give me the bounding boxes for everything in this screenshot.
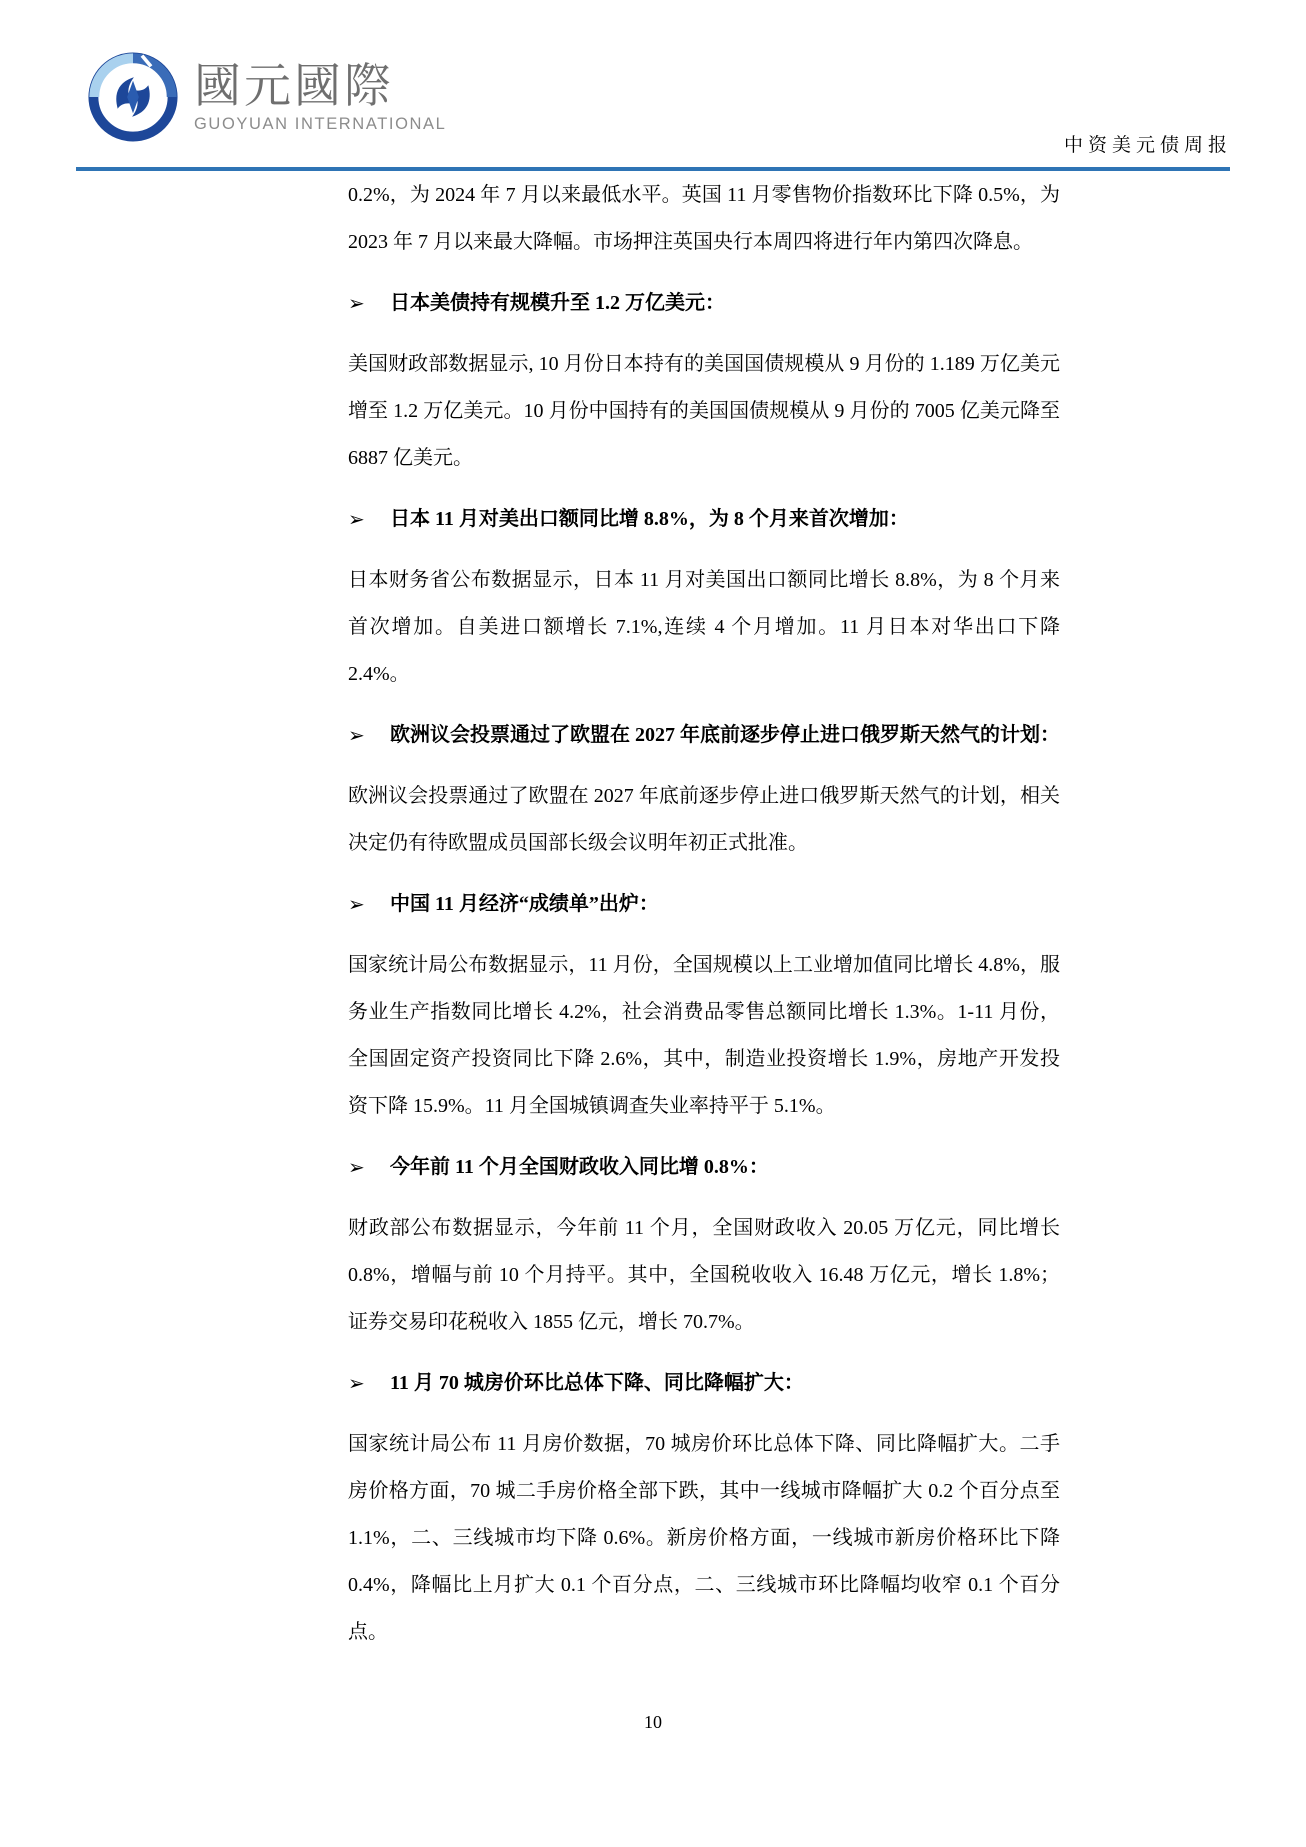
bullet-heading-text: 中国 11 月经济“成绩单”出炉： xyxy=(390,881,1060,928)
bullet-heading-text: 11 月 70 城房价环比总体下降、同比降幅扩大： xyxy=(390,1360,1060,1407)
report-title: 中资美元债周报 xyxy=(1064,130,1232,157)
brand-text: 國元國際 GUOYUAN INTERNATIONAL xyxy=(194,52,446,134)
bullet-arrow-icon: ➢ xyxy=(348,280,390,327)
body-paragraph: 国家统计局公布 11 月房价数据，70 城房价环比总体下降、同比降幅扩大。二手房… xyxy=(348,1421,1060,1656)
guoyuan-circle-logo-icon xyxy=(88,52,178,142)
body-paragraph: 财政部公布数据显示，今年前 11 个月，全国财政收入 20.05 万亿元，同比增… xyxy=(348,1205,1060,1346)
bullet-heading: ➢11 月 70 城房价环比总体下降、同比降幅扩大： xyxy=(348,1360,1060,1407)
body-paragraph: 国家统计局公布数据显示，11 月份，全国规模以上工业增加值同比增长 4.8%，服… xyxy=(348,942,1060,1130)
bullet-heading: ➢欧洲议会投票通过了欧盟在 2027 年底前逐步停止进口俄罗斯天然气的计划： xyxy=(348,712,1060,759)
bullet-arrow-icon: ➢ xyxy=(348,712,390,759)
bullet-heading-text: 日本美债持有规模升至 1.2 万亿美元： xyxy=(390,280,1060,327)
page-number: 10 xyxy=(0,1712,1306,1733)
body-paragraph: 日本财务省公布数据显示，日本 11 月对美国出口额同比增长 8.8%，为 8 个… xyxy=(348,557,1060,698)
company-logo: 國元國際 GUOYUAN INTERNATIONAL xyxy=(88,52,446,142)
bullet-heading-text: 今年前 11 个月全国财政收入同比增 0.8%： xyxy=(390,1144,1060,1191)
header-divider xyxy=(76,167,1230,171)
bullet-heading: ➢日本 11 月对美出口额同比增 8.8%，为 8 个月来首次增加： xyxy=(348,496,1060,543)
bullet-heading: ➢今年前 11 个月全国财政收入同比增 0.8%： xyxy=(348,1144,1060,1191)
bullet-heading-text: 日本 11 月对美出口额同比增 8.8%，为 8 个月来首次增加： xyxy=(390,496,1060,543)
report-body: 0.2%，为 2024 年 7 月以来最低水平。英国 11 月零售物价指数环比下… xyxy=(348,172,1060,1670)
bullet-heading: ➢中国 11 月经济“成绩单”出炉： xyxy=(348,881,1060,928)
body-paragraph: 美国财政部数据显示, 10 月份日本持有的美国国债规模从 9 月份的 1.189… xyxy=(348,341,1060,482)
bullet-arrow-icon: ➢ xyxy=(348,496,390,543)
brand-name-english: GUOYUAN INTERNATIONAL xyxy=(194,115,446,134)
body-paragraph: 欧洲议会投票通过了欧盟在 2027 年底前逐步停止进口俄罗斯天然气的计划，相关决… xyxy=(348,773,1060,867)
report-page: 國元國際 GUOYUAN INTERNATIONAL 中资美元债周报 0.2%，… xyxy=(0,0,1306,1847)
bullet-arrow-icon: ➢ xyxy=(348,1360,390,1407)
bullet-heading-text: 欧洲议会投票通过了欧盟在 2027 年底前逐步停止进口俄罗斯天然气的计划： xyxy=(390,712,1060,759)
body-paragraph: 0.2%，为 2024 年 7 月以来最低水平。英国 11 月零售物价指数环比下… xyxy=(348,172,1060,266)
bullet-arrow-icon: ➢ xyxy=(348,1144,390,1191)
brand-name-chinese: 國元國際 xyxy=(194,60,446,112)
bullet-arrow-icon: ➢ xyxy=(348,881,390,928)
bullet-heading: ➢日本美债持有规模升至 1.2 万亿美元： xyxy=(348,280,1060,327)
